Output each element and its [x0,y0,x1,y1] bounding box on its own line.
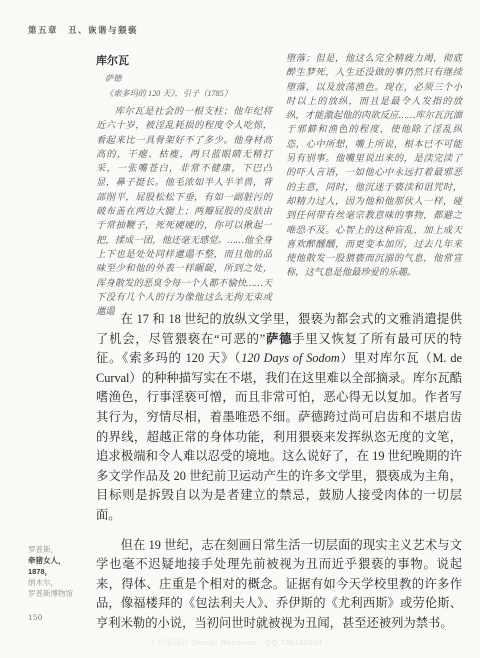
caption-artist: 罗普斯， [28,544,92,555]
sade-bold-reference: 萨德 [265,332,292,346]
quote-author: 萨德 [96,73,272,84]
quote-section: 库尔瓦 萨德 《索多玛的 120 天》，引子（1785） 库尔瓦是社会的一根支柱… [96,52,462,319]
watermark: ［ 早安设计 Design Resource QQ 736103904 ］ [0,637,480,648]
paragraph-2: 但在 19 世纪，志在刻画日常生活一切层面的现实主义艺术与文学也毫不迟疑地接手处… [96,536,462,634]
paragraph-1: 在 17 和 18 世纪的放纵文学里，猥亵为都会式的文雅消遣提供了机会，尽管猥亵… [96,310,462,526]
quote-column-left: 库尔瓦 萨德 《索多玛的 120 天》，引子（1785） 库尔瓦是社会的一根支柱… [96,52,272,319]
caption-museum: 罗普斯博物馆 [28,588,92,599]
book-title-latin-italic: 120 Days of Sodom [241,351,339,365]
book-page: 第五章 丑、诙谐与猥亵 库尔瓦 萨德 《索多玛的 120 天》，引子（1785）… [0,0,480,658]
artwork-caption: 罗普斯， 牵猪女人， 1878， 纳木尔， 罗普斯博物馆 [28,544,92,599]
quote-source: 《索多玛的 120 天》，引子（1785） [96,88,272,99]
caption-year: 1878， [28,566,92,577]
paragraph-1-segment: ）里对库尔瓦（M. de Curval）的种种描写实在不堪，我们在这里难以全部摘… [96,351,462,522]
page-number: 150 [28,612,43,622]
quote-text-left: 库尔瓦是社会的一根支柱；他年纪将近六十岁，被淫乱耗损的程度令人吃惊，看起来比一具… [96,105,272,319]
caption-artwork-title: 牵猪女人， [28,555,92,566]
chapter-header: 第五章 丑、诙谐与猥亵 [28,24,138,36]
quote-text-right: 堕落；但是，他这么完全精疲力竭，彻底醉生梦死，人生还没做的事仍然只有继续堕落，以… [286,52,462,281]
quote-column-right: 堕落；但是，他这么完全精疲力竭，彻底醉生梦死，人生还没做的事仍然只有继续堕落，以… [286,52,462,319]
caption-location: 纳木尔， [28,577,92,588]
main-text: 在 17 和 18 世纪的放纵文学里，猥亵为都会式的文雅消遣提供了机会，尽管猥亵… [96,310,462,634]
quote-title: 库尔瓦 [96,52,272,68]
